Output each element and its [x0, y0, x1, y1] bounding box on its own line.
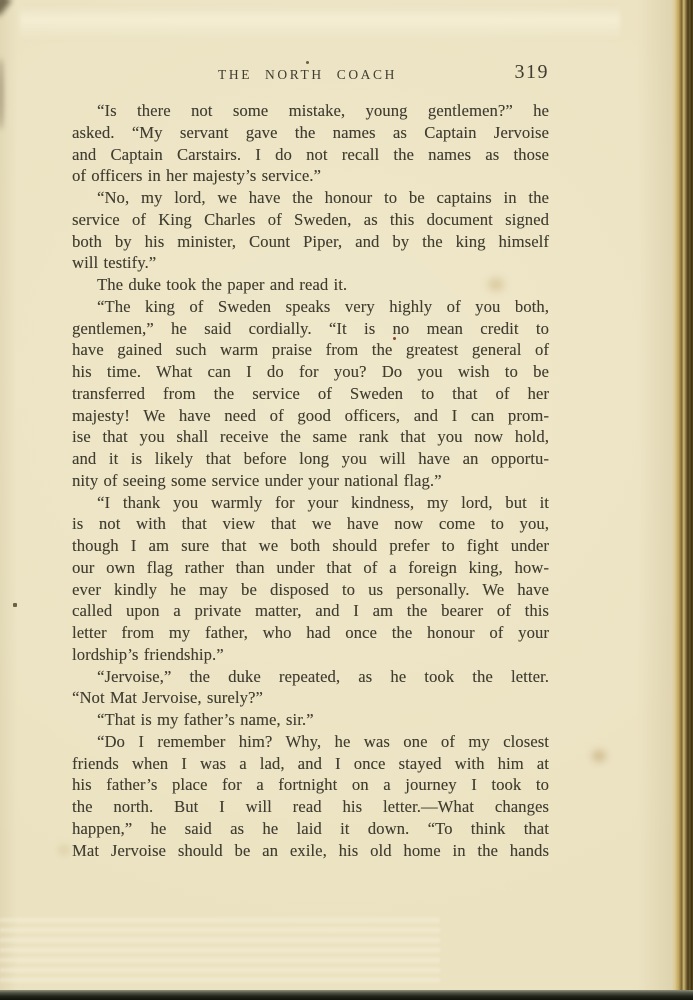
text-line: majesty! We have need of good officers, …: [72, 405, 549, 427]
text-line: “I thank you warmly for your kindness, m…: [72, 492, 549, 514]
text-line: gentlemen,” he said cordially. “It is no…: [72, 318, 549, 340]
speck-above-title: [306, 61, 309, 64]
text-line: “Jervoise,” the duke repeated, as he too…: [72, 666, 549, 688]
book-page-scan: THE NORTH COACH 319 “Is there not some m…: [0, 0, 693, 1000]
scan-light-streak-top: [20, 6, 620, 40]
running-head: THE NORTH COACH 319: [72, 64, 549, 88]
text-line: letter from my father, who had once the …: [72, 622, 549, 644]
text-line: and Captain Carstairs. I do not recall t…: [72, 144, 549, 166]
text-body: “Is there not some mistake, young gentle…: [72, 100, 549, 861]
text-line: lordship’s friendship.”: [72, 644, 549, 666]
paper-stain-2: [592, 750, 606, 762]
paper-stain-3: [58, 845, 70, 855]
text-line: ise that you shall receive the same rank…: [72, 426, 549, 448]
text-line: will testify.”: [72, 252, 549, 274]
text-line: “Is there not some mistake, young gentle…: [72, 100, 549, 122]
text-line: Mat Jervoise should be an exile, his old…: [72, 840, 549, 862]
bottom-shadow-band: [0, 990, 693, 1000]
text-line: transferred from the service of Sweden t…: [72, 383, 549, 405]
text-line: though I am sure that we both should pre…: [72, 535, 549, 557]
text-line: service of King Charles of Sweden, as th…: [72, 209, 549, 231]
page-number: 319: [515, 61, 550, 84]
text-line: the north. But I will read his letter.—W…: [72, 796, 549, 818]
text-line: “The king of Sweden speaks very highly o…: [72, 296, 549, 318]
left-edge-smudge: [0, 58, 3, 130]
text-line: happen,” he said as he laid it down. “To…: [72, 818, 549, 840]
text-line: and it is likely that before long you wi…: [72, 448, 549, 470]
text-line: both by his minister, Count Piper, and b…: [72, 231, 549, 253]
text-line: his time. What can I do for you? Do you …: [72, 361, 549, 383]
text-line: friends when I was a lad, and I once sta…: [72, 753, 549, 775]
text-line: called upon a private matter, and I am t…: [72, 600, 549, 622]
text-line: “Do I remember him? Why, he was one of m…: [72, 731, 549, 753]
text-line: “No, my lord, we have the honour to be c…: [72, 187, 549, 209]
text-line: The duke took the paper and read it.: [72, 274, 549, 296]
text-line: asked. “My servant gave the names as Cap…: [72, 122, 549, 144]
text-line: of officers in her majesty’s service.”: [72, 165, 549, 187]
corner-shadow-mark: [0, 0, 12, 16]
text-line: his father’s place for a fortnight on a …: [72, 774, 549, 796]
text-line: “Not Mat Jervoise, surely?”: [72, 687, 549, 709]
left-margin-speck: [13, 603, 17, 607]
book-page-edges-strip: [672, 0, 693, 1000]
text-line: nity of seeing some service under your n…: [72, 470, 549, 492]
red-ink-speck: [393, 337, 396, 340]
chapter-title: THE NORTH COACH: [69, 67, 546, 83]
text-line: is not with that view that we have now c…: [72, 513, 549, 535]
text-line: have gained such warm praise from the gr…: [72, 339, 549, 361]
text-line: “That is my father’s name, sir.”: [72, 709, 549, 731]
paper-stain-1: [488, 278, 504, 291]
text-line: our own flag rather than under that of a…: [72, 557, 549, 579]
text-line: ever kindly he may be disposed to us per…: [72, 579, 549, 601]
scan-light-streak-bottom: [0, 918, 440, 984]
